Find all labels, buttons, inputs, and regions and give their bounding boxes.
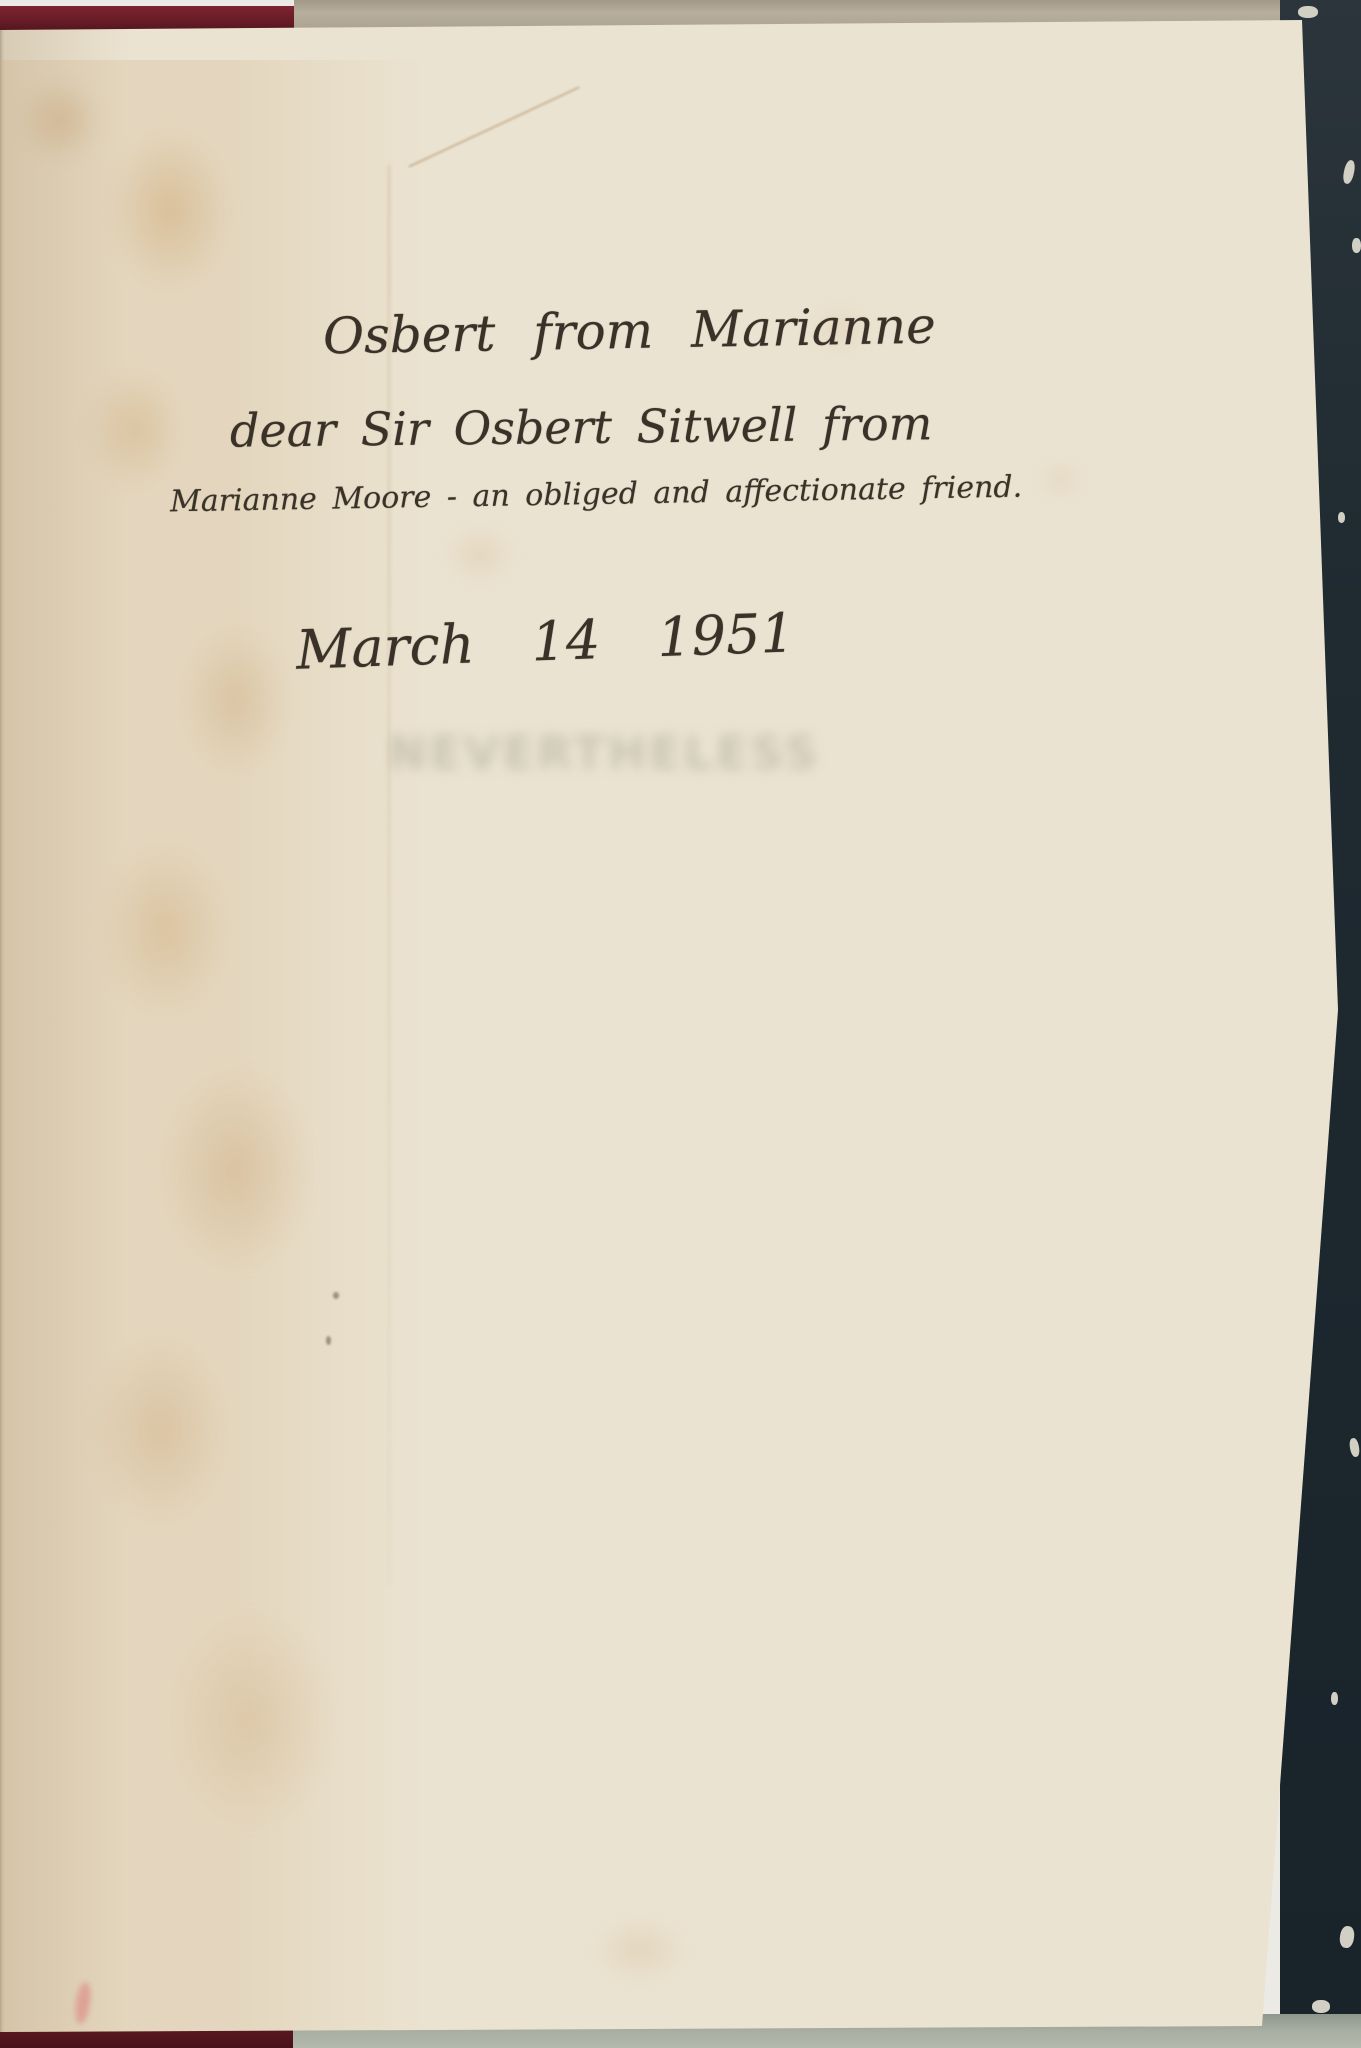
endpaper-page: NEVERTHELESS Osbert from Marianne dear S… bbox=[0, 0, 1361, 2048]
inscription-line-1: Osbert from Marianne bbox=[323, 297, 937, 366]
page-crease-vertical bbox=[388, 165, 390, 1585]
book-photo: NEVERTHELESS Osbert from Marianne dear S… bbox=[0, 0, 1361, 2048]
show-through-title: NEVERTHELESS bbox=[388, 726, 821, 780]
ink-speck bbox=[326, 1336, 331, 1345]
paint-chip bbox=[1338, 512, 1345, 523]
paint-chip bbox=[1298, 6, 1318, 18]
paint-chip bbox=[1331, 1692, 1338, 1705]
paint-chip bbox=[1312, 2000, 1330, 2013]
ink-speck bbox=[333, 1292, 339, 1299]
inscription-line-2: dear Sir Osbert Sitwell from bbox=[230, 396, 933, 457]
paint-chip bbox=[1352, 238, 1361, 253]
